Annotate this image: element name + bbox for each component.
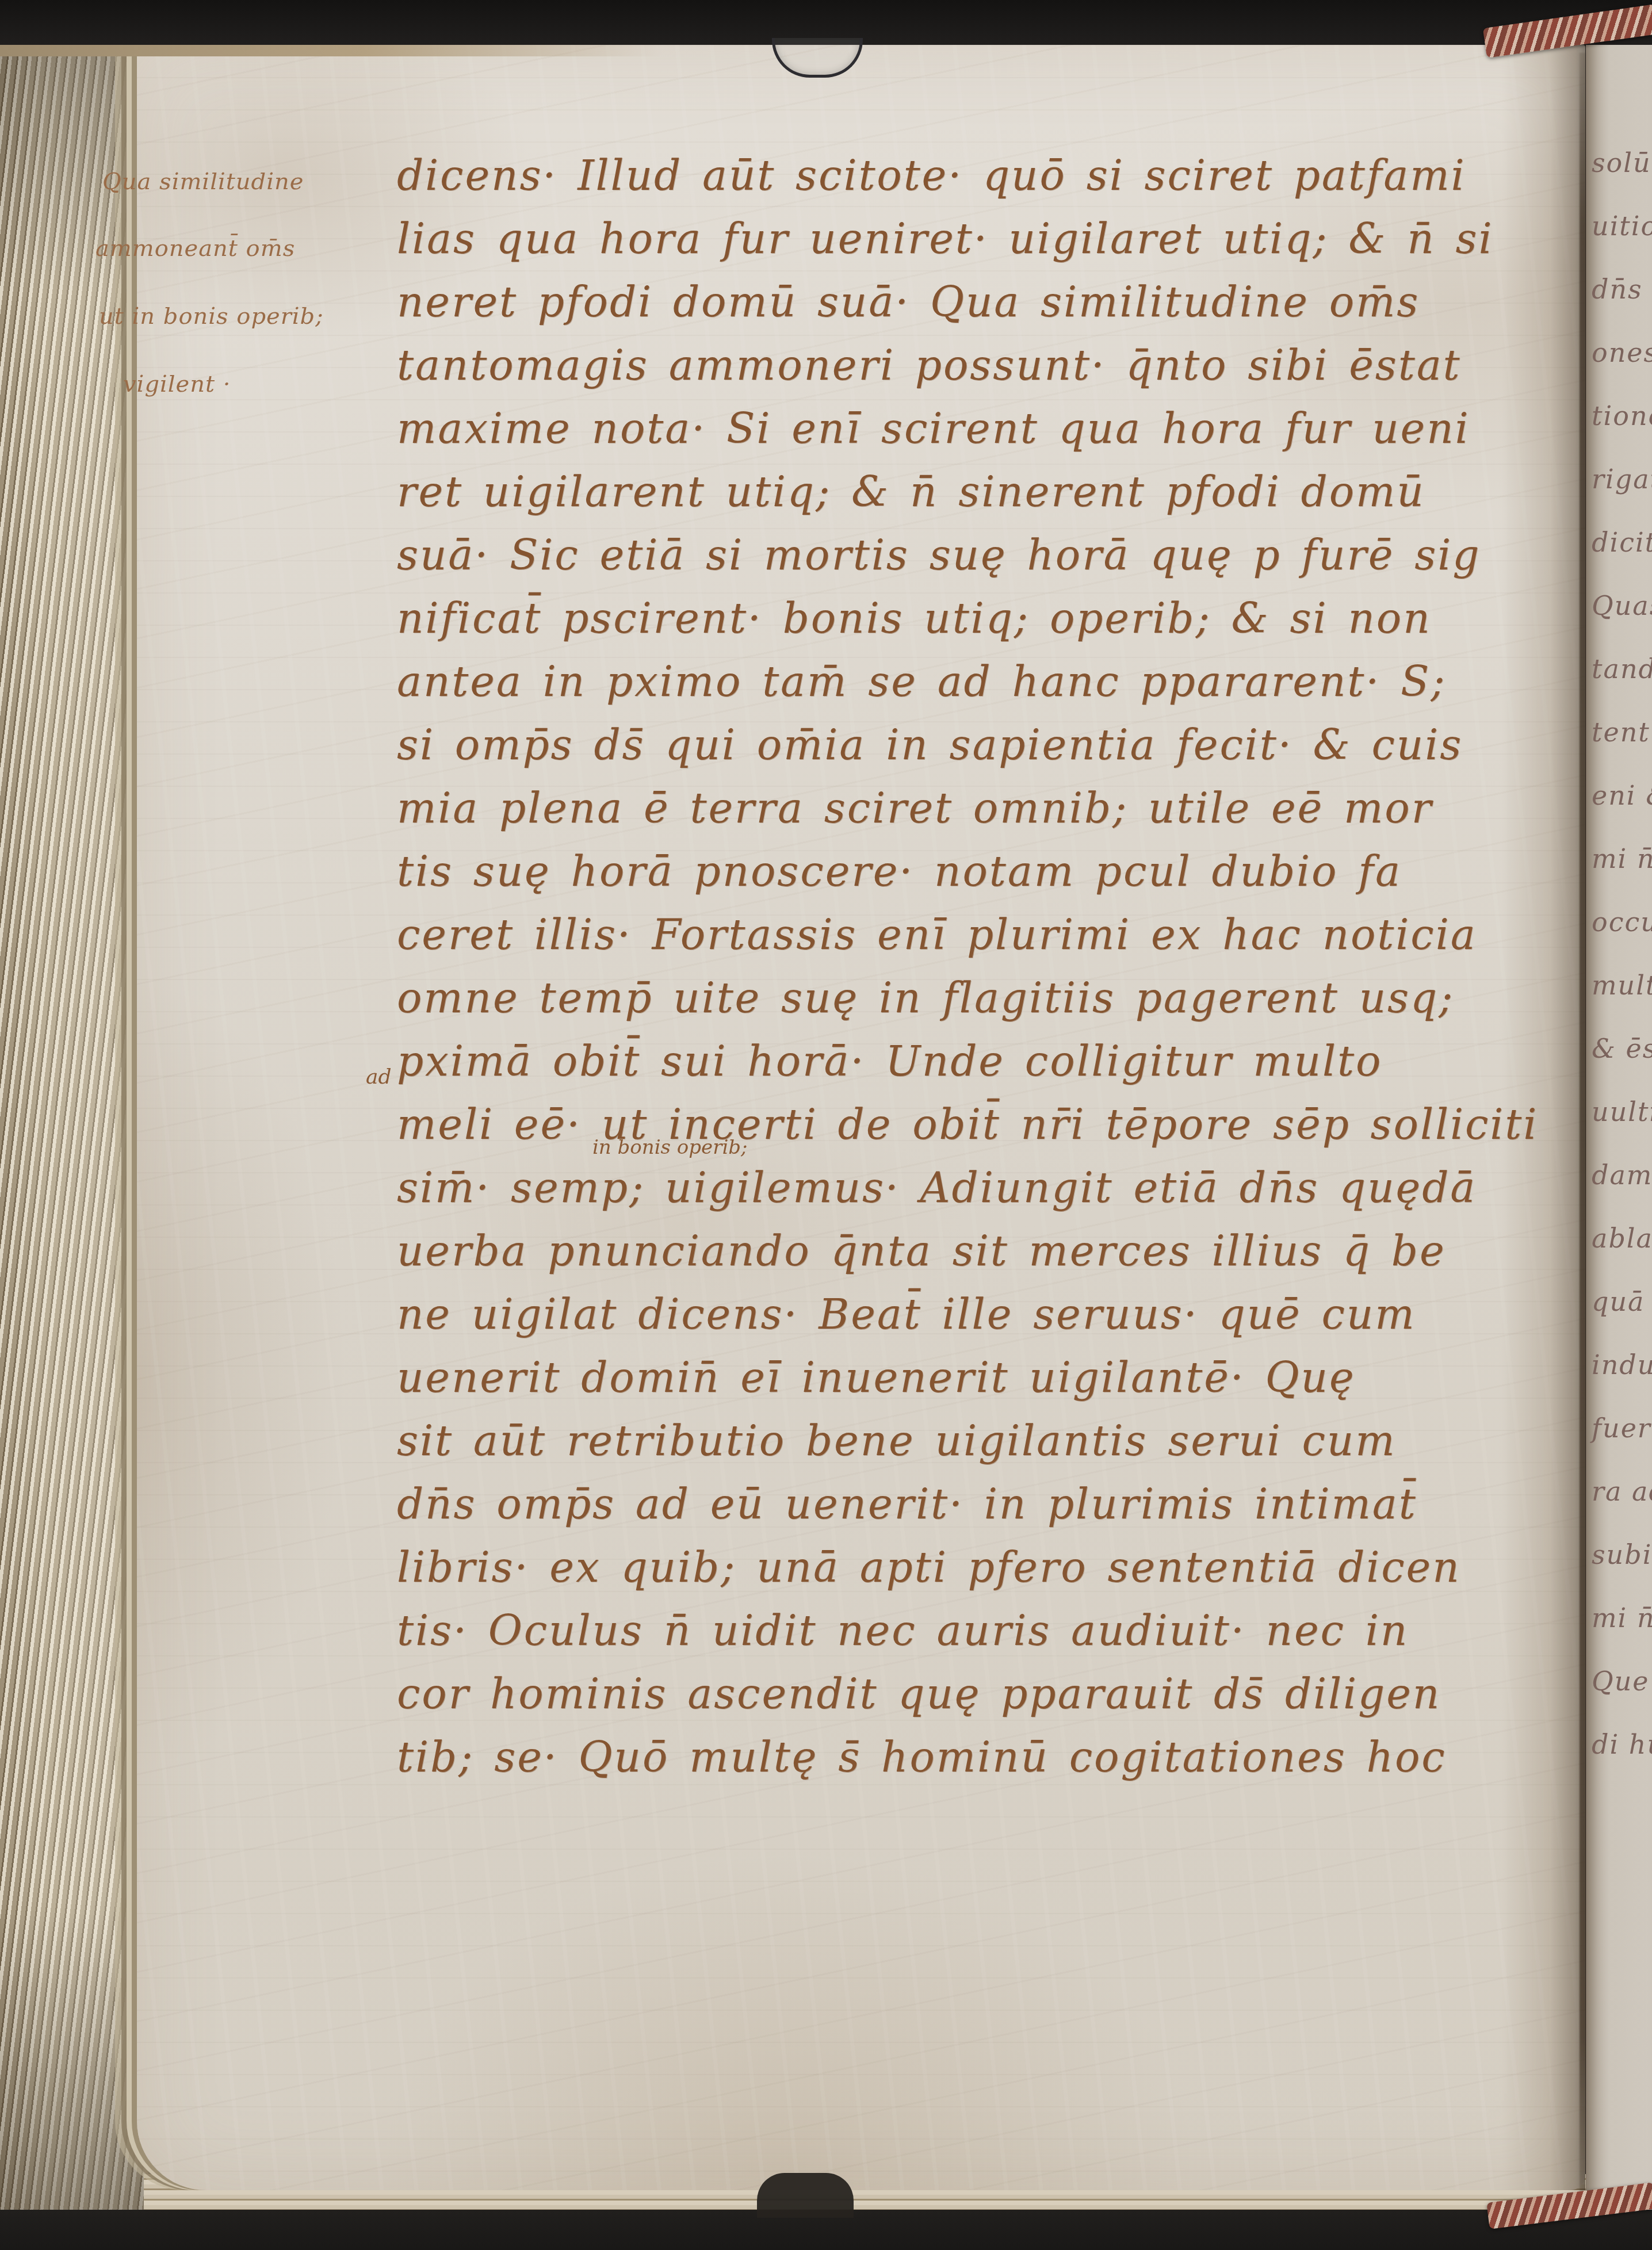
page-clamp-bottom: [757, 2173, 854, 2218]
text-line: antea in pximo tam̄ se ad hanc ppararent…: [397, 650, 1447, 713]
text-line: sit aūt retributio bene uigilantis serui…: [397, 1409, 1396, 1472]
facing-text-fragment: dn̄s hu: [1592, 273, 1652, 305]
facing-text-fragment: indulge: [1592, 1349, 1652, 1381]
text-line: ne uigilat dicens· Beat̄ ille seruus· qu…: [397, 1283, 1416, 1346]
manuscript-photo: solūm uitio dn̄s hu ones h tione rigat· …: [0, 0, 1652, 2250]
gutter-crease: [1580, 53, 1586, 2211]
text-line: cor hominis ascendit quę pparauit ds̄ di…: [397, 1662, 1441, 1725]
text-line: maxime nota· Si enī scirent qua hora fur…: [397, 397, 1470, 460]
text-line: nificat̄ pscirent· bonis utiq; operib; &…: [397, 587, 1432, 650]
text-line: libris· ex quib; unā apti pfero sententi…: [397, 1536, 1461, 1599]
margin-gloss-line: vigilent ·: [123, 370, 231, 398]
text-line: ceret illis· Fortassis enī plurimi ex ha…: [397, 903, 1477, 966]
margin-gloss-line: ut in bonis operib;: [99, 303, 324, 330]
facing-text-fragment: fueritis a: [1592, 1412, 1652, 1444]
text-line: tantomagis ammoneri possunt· q̄nto sibi …: [397, 334, 1462, 397]
facing-text-fragment: eni & id: [1592, 779, 1652, 812]
facing-text-fragment: Que mir: [1592, 1665, 1652, 1697]
facing-text-fragment: dicit· I: [1592, 526, 1652, 558]
text-line: uerba pnunciando q̄nta sit merces illius…: [397, 1219, 1446, 1283]
text-line: dicens· Illud aūt scitote· quō si sciret…: [397, 144, 1466, 207]
margin-gloss-line: Qua similitudine: [102, 168, 304, 196]
facing-text-fragment: tent· in: [1592, 716, 1652, 748]
text-line: si omp̄s ds̄ qui om̄ia in sapientia feci…: [397, 713, 1463, 776]
facing-text-fragment: & ēsiten: [1592, 1032, 1652, 1065]
facing-text-fragment: ra adnō·: [1592, 1475, 1652, 1507]
facing-text-fragment: solūm: [1592, 147, 1652, 179]
facing-text-fragment: occulta: [1592, 906, 1652, 938]
text-line: tib; se· Quō multę s̄ hominū cogitatione…: [397, 1725, 1447, 1789]
facing-text-fragment: tione: [1592, 400, 1652, 432]
margin-gloss-line: ammoneant̄ om̄s: [95, 235, 295, 262]
interlinear-correction: in bonis operib;: [592, 1136, 748, 1159]
facing-text-fragment: uultis il: [1592, 1096, 1652, 1128]
text-line: neret pfodi domū suā· Qua similitudine o…: [397, 270, 1420, 334]
facing-text-fragment: damna· c: [1592, 1159, 1652, 1191]
facing-text-fragment: mi n̄ pe: [1592, 843, 1652, 875]
text-line: ret uigilarent utiq; & n̄ sinerent pfodi…: [397, 460, 1425, 523]
text-line: lias qua hora fur ueniret· uigilaret uti…: [397, 207, 1494, 270]
facing-page-sliver: solūm uitio dn̄s hu ones h tione rigat· …: [1586, 21, 1652, 2227]
text-line: tis· Oculus n̄ uidit nec auris audiuit· …: [397, 1599, 1409, 1662]
text-line: dn̄s omp̄s ad eū uenerit· in plurimis in…: [397, 1472, 1417, 1536]
facing-text-fragment: tando· c: [1592, 653, 1652, 685]
facing-text-fragment: di hui h: [1592, 1728, 1652, 1761]
text-line: meli eē· ut incerti de obit̄ nr̄i tēpore…: [397, 1093, 1538, 1156]
facing-text-fragment: Quasi d: [1592, 590, 1652, 622]
facing-text-fragment: ones h: [1592, 336, 1652, 369]
facing-text-fragment: subiung: [1592, 1539, 1652, 1571]
facing-text-fragment: uitio: [1592, 210, 1652, 242]
facing-text-fragment: mi n̄ hab: [1592, 1602, 1652, 1634]
text-line: pximā obit̄ sui horā· Unde colligitur mu…: [397, 1030, 1382, 1093]
text-line: suā· Sic etiā si mortis suę horā quę p f…: [397, 523, 1481, 587]
facing-text-fragment: ablata· a: [1592, 1222, 1652, 1254]
facing-text-fragment: rigat·: [1592, 463, 1652, 495]
text-line: tis suę horā pnoscere· notam pcul dubio …: [397, 840, 1402, 903]
facing-text-fragment: quā ab i: [1592, 1285, 1652, 1318]
marginal-insertion-ad: ad: [366, 1065, 392, 1089]
text-line: mia plena ē terra sciret omnib; utile eē…: [397, 776, 1433, 840]
text-line: uenerit domin̄ eī inuenerit uigilantē· Q…: [397, 1346, 1356, 1409]
fore-edge-shading: [0, 33, 148, 2219]
text-line: omne temp̄ uite suę in flagitiis pageren…: [397, 966, 1454, 1030]
facing-text-fragment: multū n: [1592, 969, 1652, 1001]
text-line: sim̄· semp; uigilemus· Adiungit etiā dn̄…: [397, 1156, 1477, 1219]
